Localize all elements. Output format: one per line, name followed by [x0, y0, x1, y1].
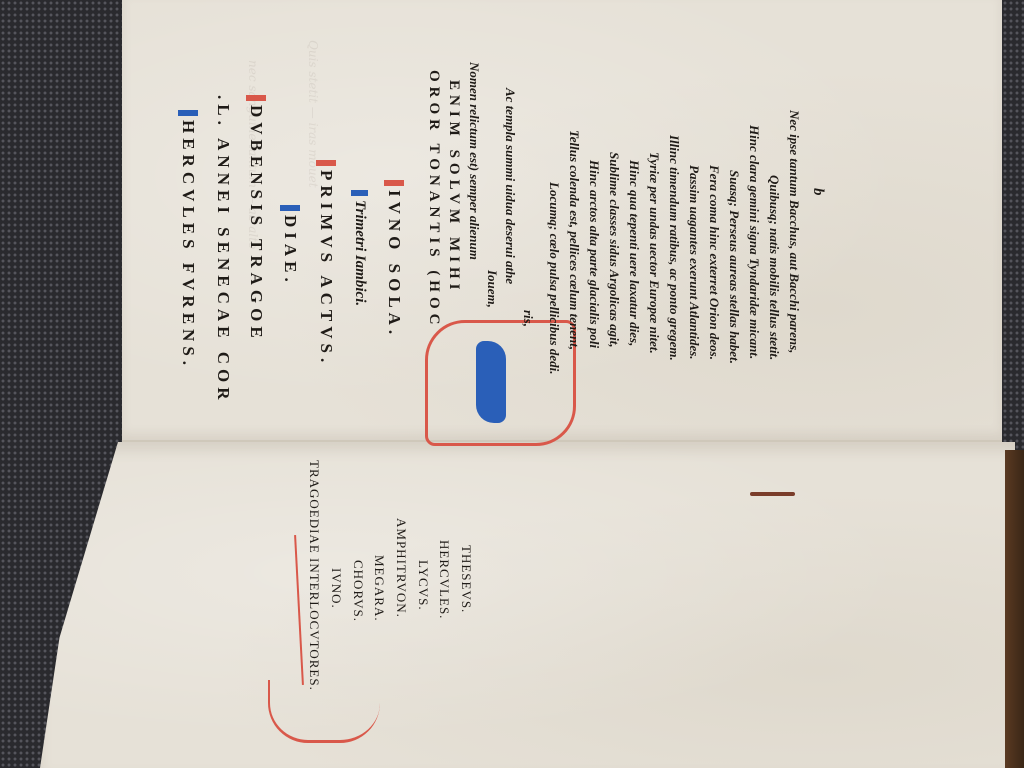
- character-name: AMPHITRVON.: [393, 518, 409, 618]
- signature-mark: b: [809, 188, 826, 196]
- verse-line: Fera coma hinc exterret Orion deos.: [706, 165, 722, 360]
- verse-line: Suasq; Perseus aureas stellas habet.: [726, 170, 742, 364]
- verse-line: Passim uagantes exerunt Atlantides.: [686, 165, 702, 360]
- left-page: [40, 442, 1015, 768]
- character-name: THESEVS.: [458, 545, 474, 613]
- character-name: CHORVS.: [350, 560, 366, 622]
- heading-author-cont: DVBENSIS TRAGOE: [246, 95, 266, 343]
- verse-line: Tyriæ per undas uector Europæ nitet.: [646, 152, 662, 354]
- opening-line: ris,: [520, 310, 536, 327]
- verse-line: Sublime classes sidus Argolicas agit,: [606, 152, 622, 348]
- character-name: HERCVLES.: [436, 540, 452, 619]
- character-name: MEGARA.: [371, 555, 387, 622]
- verse-line: Hinc clara gemini signa Tyndaridæ micant…: [746, 125, 762, 359]
- verse-line: Illinc timendum ratibus, ac ponto gregem…: [666, 135, 682, 361]
- verse-line: Nec ipse tantum Bacchus, aut Bacchi pare…: [786, 110, 802, 353]
- verse-line: Quibusq; natis mobilis tellus stetit.: [766, 175, 782, 360]
- ink-stain: [750, 492, 795, 496]
- heading-title: HERCVLES FVRENS.: [178, 110, 198, 370]
- verse-line: Hinc arctos alta parte glacialis poli: [586, 160, 602, 348]
- heading-act: PRIMVS ACTVS.: [316, 160, 336, 367]
- opening-line: Ac templa summi uidua deserui athe: [502, 88, 518, 284]
- opening-line: Nomen relictum est) semper alienum: [466, 62, 482, 260]
- dramatis-personae-title: TRAGOEDIAE INTERLOCVTORES.: [306, 460, 322, 691]
- verse-line: Tellus colenda est, pellices cœlum tenen…: [566, 130, 582, 350]
- heading-meter: Trimetri Iambici.: [351, 190, 368, 306]
- opening-line: ENIM SOLVM MIHI: [445, 80, 462, 294]
- heading-author: .L. ANNEI SENECAE COR: [213, 95, 233, 405]
- decorated-initial-t: [268, 680, 380, 743]
- verse-line: Hinc qua tepenti uere laxatur dies,: [626, 160, 642, 346]
- heading-author-end: DIAE.: [280, 205, 300, 287]
- book-cover-edge: [1005, 450, 1024, 768]
- character-name: IVNO.: [328, 568, 344, 609]
- verse-line: Locumq; cœlo pulsa pellicibus dedi.: [546, 182, 562, 374]
- opening-line: OROR TONANTIS (HOC: [425, 70, 442, 329]
- character-name: LYCVS.: [415, 560, 431, 611]
- heading-speaker: IVNO SOLA.: [384, 180, 404, 339]
- opening-line: Iouem,: [484, 270, 500, 308]
